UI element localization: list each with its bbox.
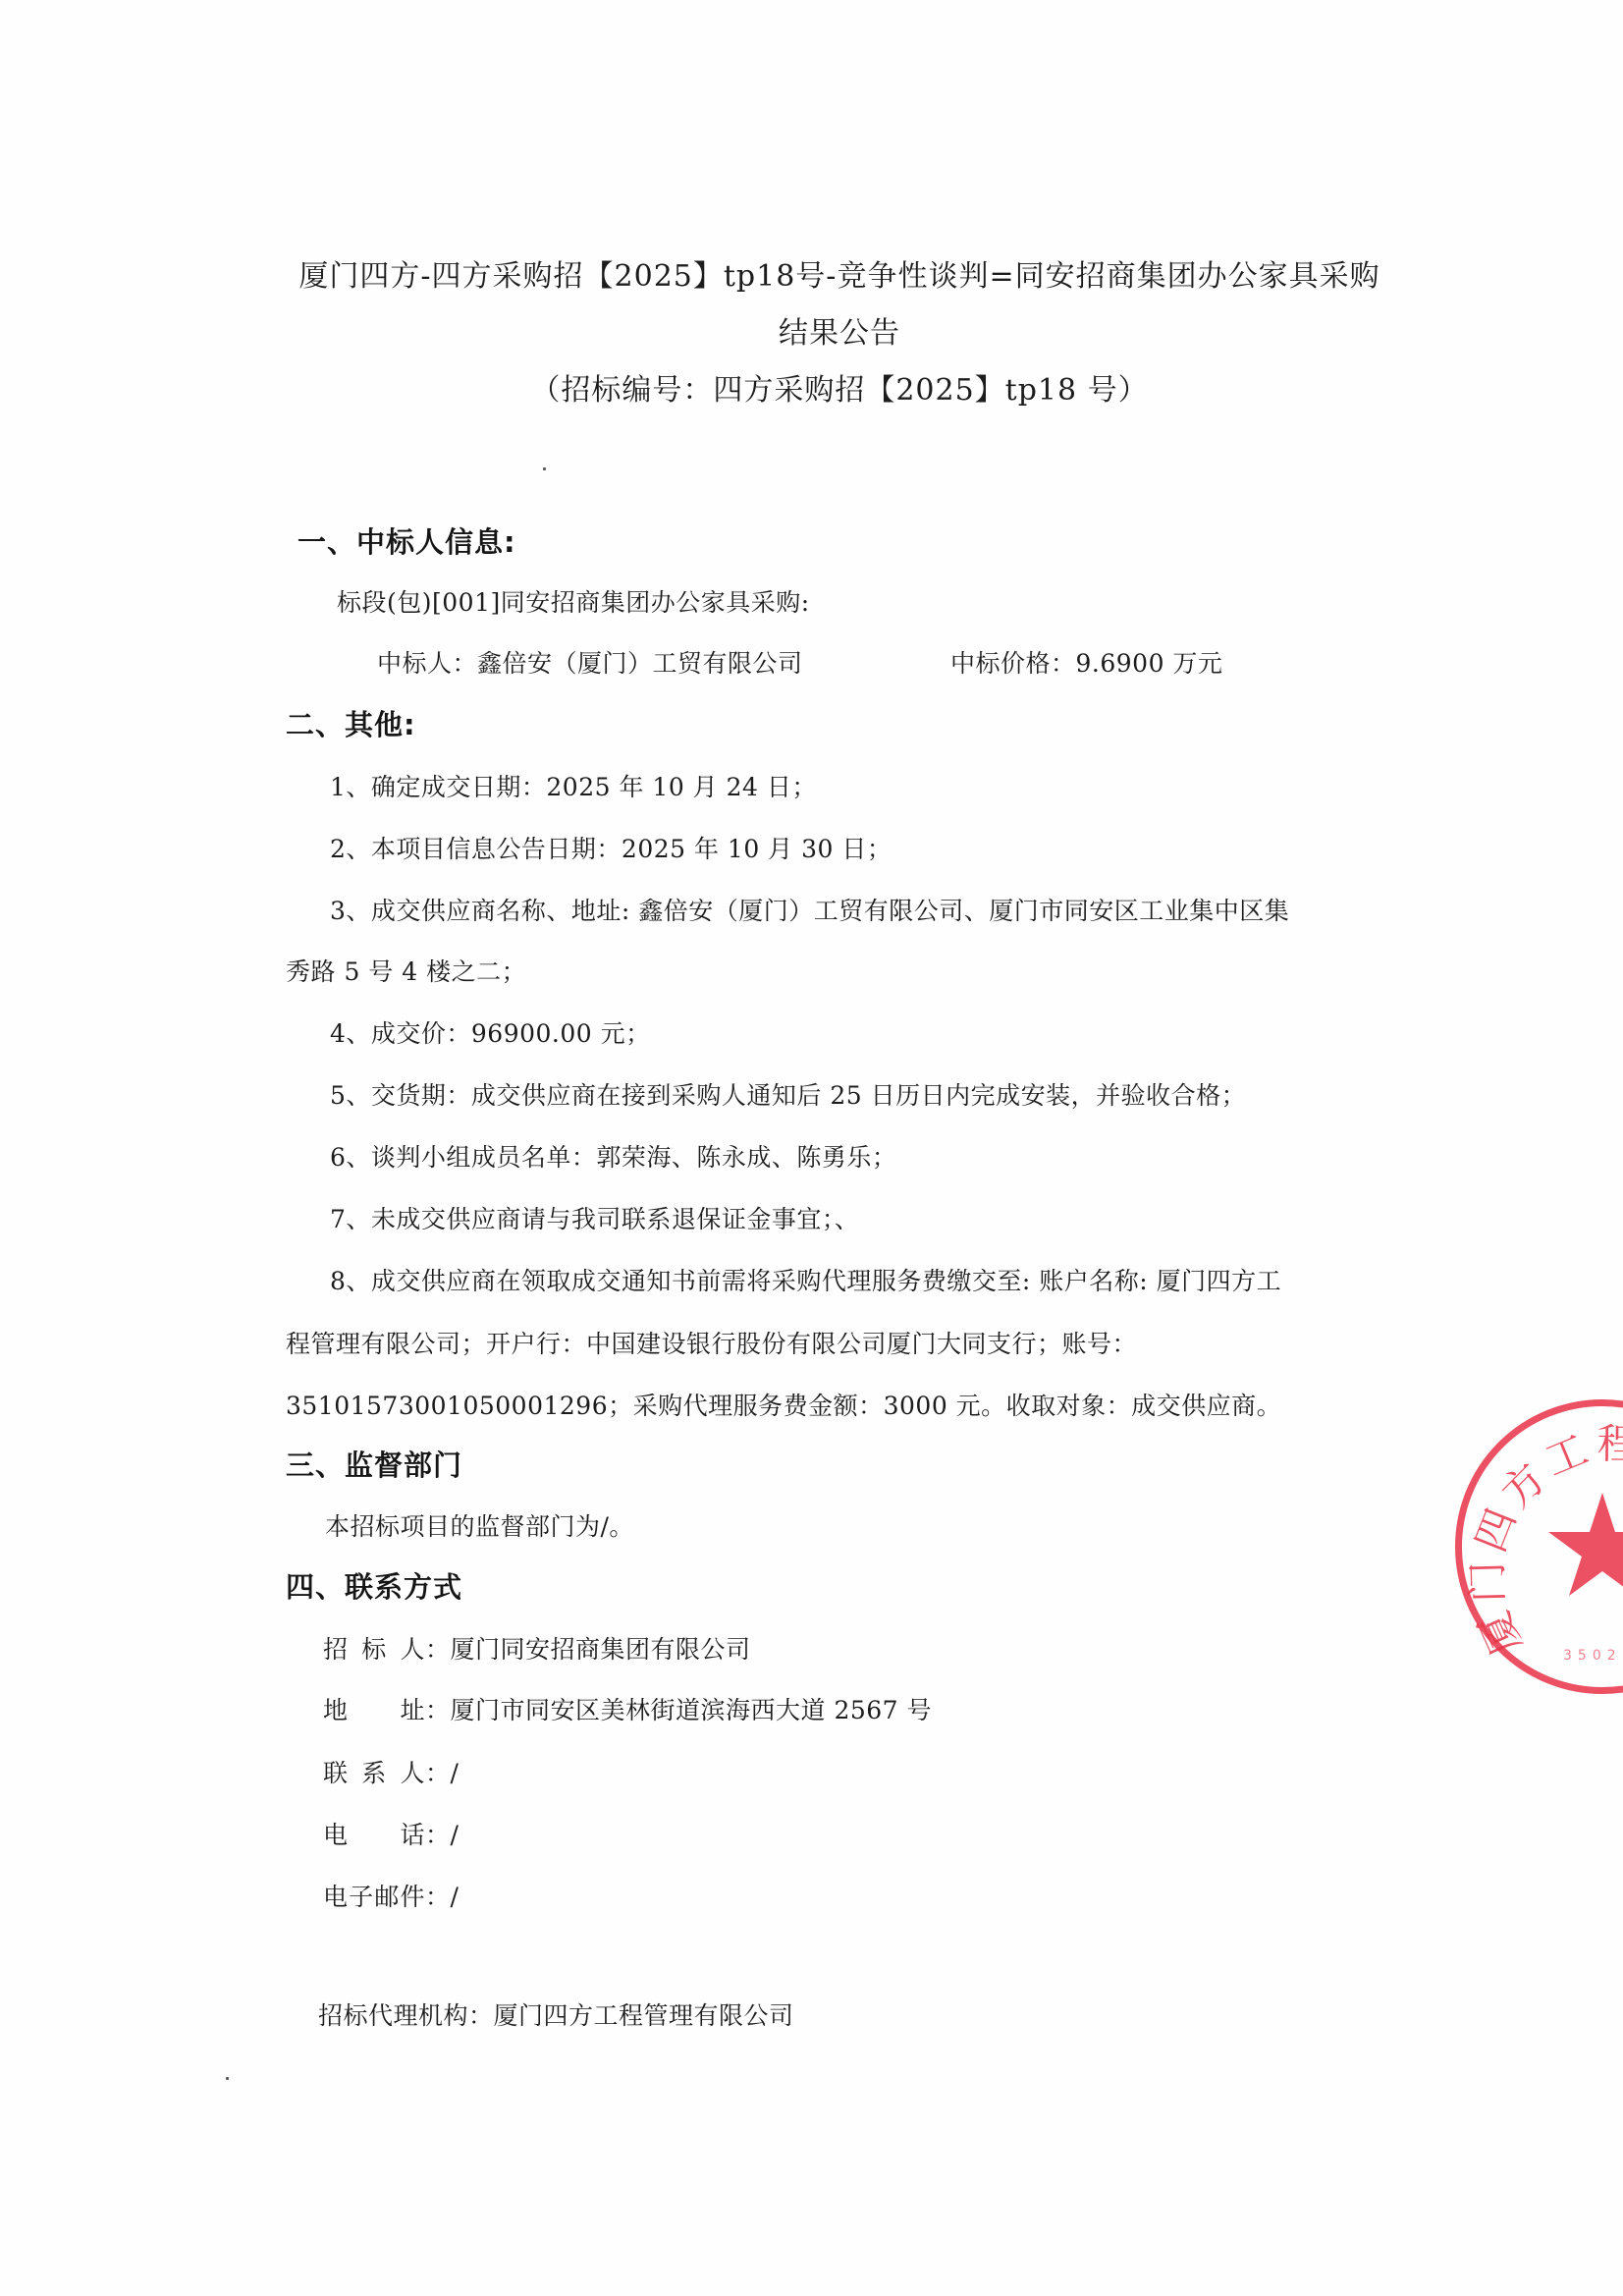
scan-speck	[543, 467, 546, 470]
document-page: 厦门四方-四方采购招【2025】tp18号-竞争性谈判=同安招商集团办公家具采购…	[0, 0, 1623, 2296]
item-delivery-period: 5、交货期：成交供应商在接到采购人通知后 25 日历日内完成安装，并验收合格；	[330, 1076, 1246, 1112]
contact-tenderer: 招标人：厦门同安招商集团有限公司	[323, 1630, 751, 1666]
item-service-fee-cont1: 程管理有限公司；开户行：中国建设银行股份有限公司厦门大同支行；账号：	[286, 1325, 1137, 1360]
winner-name: 中标人：鑫倍安（厦门）工贸有限公司	[377, 644, 803, 680]
section-heading-contact: 四、联系方式	[286, 1565, 462, 1606]
contact-label: 地址	[323, 1691, 425, 1726]
document-title-line1: 厦门四方-四方采购招【2025】tp18号-竞争性谈判=同安招商集团办公家具采购	[0, 251, 1623, 295]
seal-number: 35021	[1563, 1648, 1623, 1664]
svg-text:厦门四方工程管: 厦门四方工程管	[1463, 1420, 1623, 1662]
contact-value: ：/	[425, 1821, 459, 1849]
section-heading-winner-info: 一、中标人信息:	[298, 520, 516, 561]
item-announcement-date: 2、本项目信息公告日期：2025 年 10 月 30 日；	[330, 830, 892, 865]
contact-value: ：厦门同安招商集团有限公司	[425, 1635, 751, 1664]
item-supplier-address: 3、成交供应商名称、地址: 鑫倍安（厦门）工贸有限公司、厦门市同安区工业集中区集	[330, 892, 1289, 927]
company-seal: 厦门四方工程管 35021	[1455, 1399, 1623, 1694]
document-title-bid-number: （招标编号：四方采购招【2025】tp18 号）	[0, 365, 1623, 409]
item-deal-date: 1、确定成交日期：2025 年 10 月 24 日；	[330, 768, 817, 803]
item-negotiation-team: 6、谈判小组成员名单：郭荣海、陈永成、陈勇乐；	[330, 1138, 896, 1174]
contact-phone: 电话：/	[323, 1816, 459, 1851]
item-service-fee: 8、成交供应商在领取成交通知书前需将采购代理服务费缴交至: 账户名称: 厦门四方…	[330, 1262, 1281, 1297]
scan-speck	[226, 2077, 229, 2080]
contact-value: ：/	[425, 1883, 459, 1911]
item-service-fee-cont2: 35101573001050001296；采购代理服务费金额：3000 元。收取…	[286, 1387, 1281, 1422]
contact-label: 招标人	[323, 1630, 425, 1666]
lot-description: 标段(包)[001]同安招商集团办公家具采购:	[337, 583, 810, 619]
item-supplier-address-cont: 秀路 5 号 4 楼之二；	[286, 953, 526, 988]
contact-value: ：/	[425, 1759, 459, 1787]
item-deposit-refund: 7、未成交供应商请与我司联系退保证金事宜；、	[330, 1200, 859, 1235]
contact-label: 电话	[323, 1816, 425, 1851]
document-title-line2: 结果公告	[0, 308, 1623, 352]
contact-value: ：厦门市同安区美林街道滨海西大道 2567 号	[425, 1696, 932, 1724]
section-heading-supervision: 三、监督部门	[286, 1444, 462, 1484]
contact-label: 联系人	[323, 1754, 425, 1789]
seal-star-icon: 厦门四方工程管 35021	[1455, 1399, 1623, 1694]
bidding-agency: 招标代理机构：厦门四方工程管理有限公司	[318, 1996, 794, 2032]
seal-text: 厦门四方工程管	[1463, 1420, 1623, 1662]
contact-label: 电子邮件	[323, 1878, 425, 1913]
item-deal-price: 4、成交价：96900.00 元；	[330, 1014, 651, 1050]
winning-price: 中标价格：9.6900 万元	[950, 644, 1222, 680]
section-heading-other: 二、其他:	[286, 703, 416, 743]
contact-person: 联系人：/	[323, 1754, 459, 1789]
contact-address: 地址：厦门市同安区美林街道滨海西大道 2567 号	[323, 1691, 932, 1726]
supervision-text: 本招标项目的监督部门为/。	[325, 1507, 634, 1543]
contact-email: 电子邮件：/	[323, 1878, 459, 1913]
